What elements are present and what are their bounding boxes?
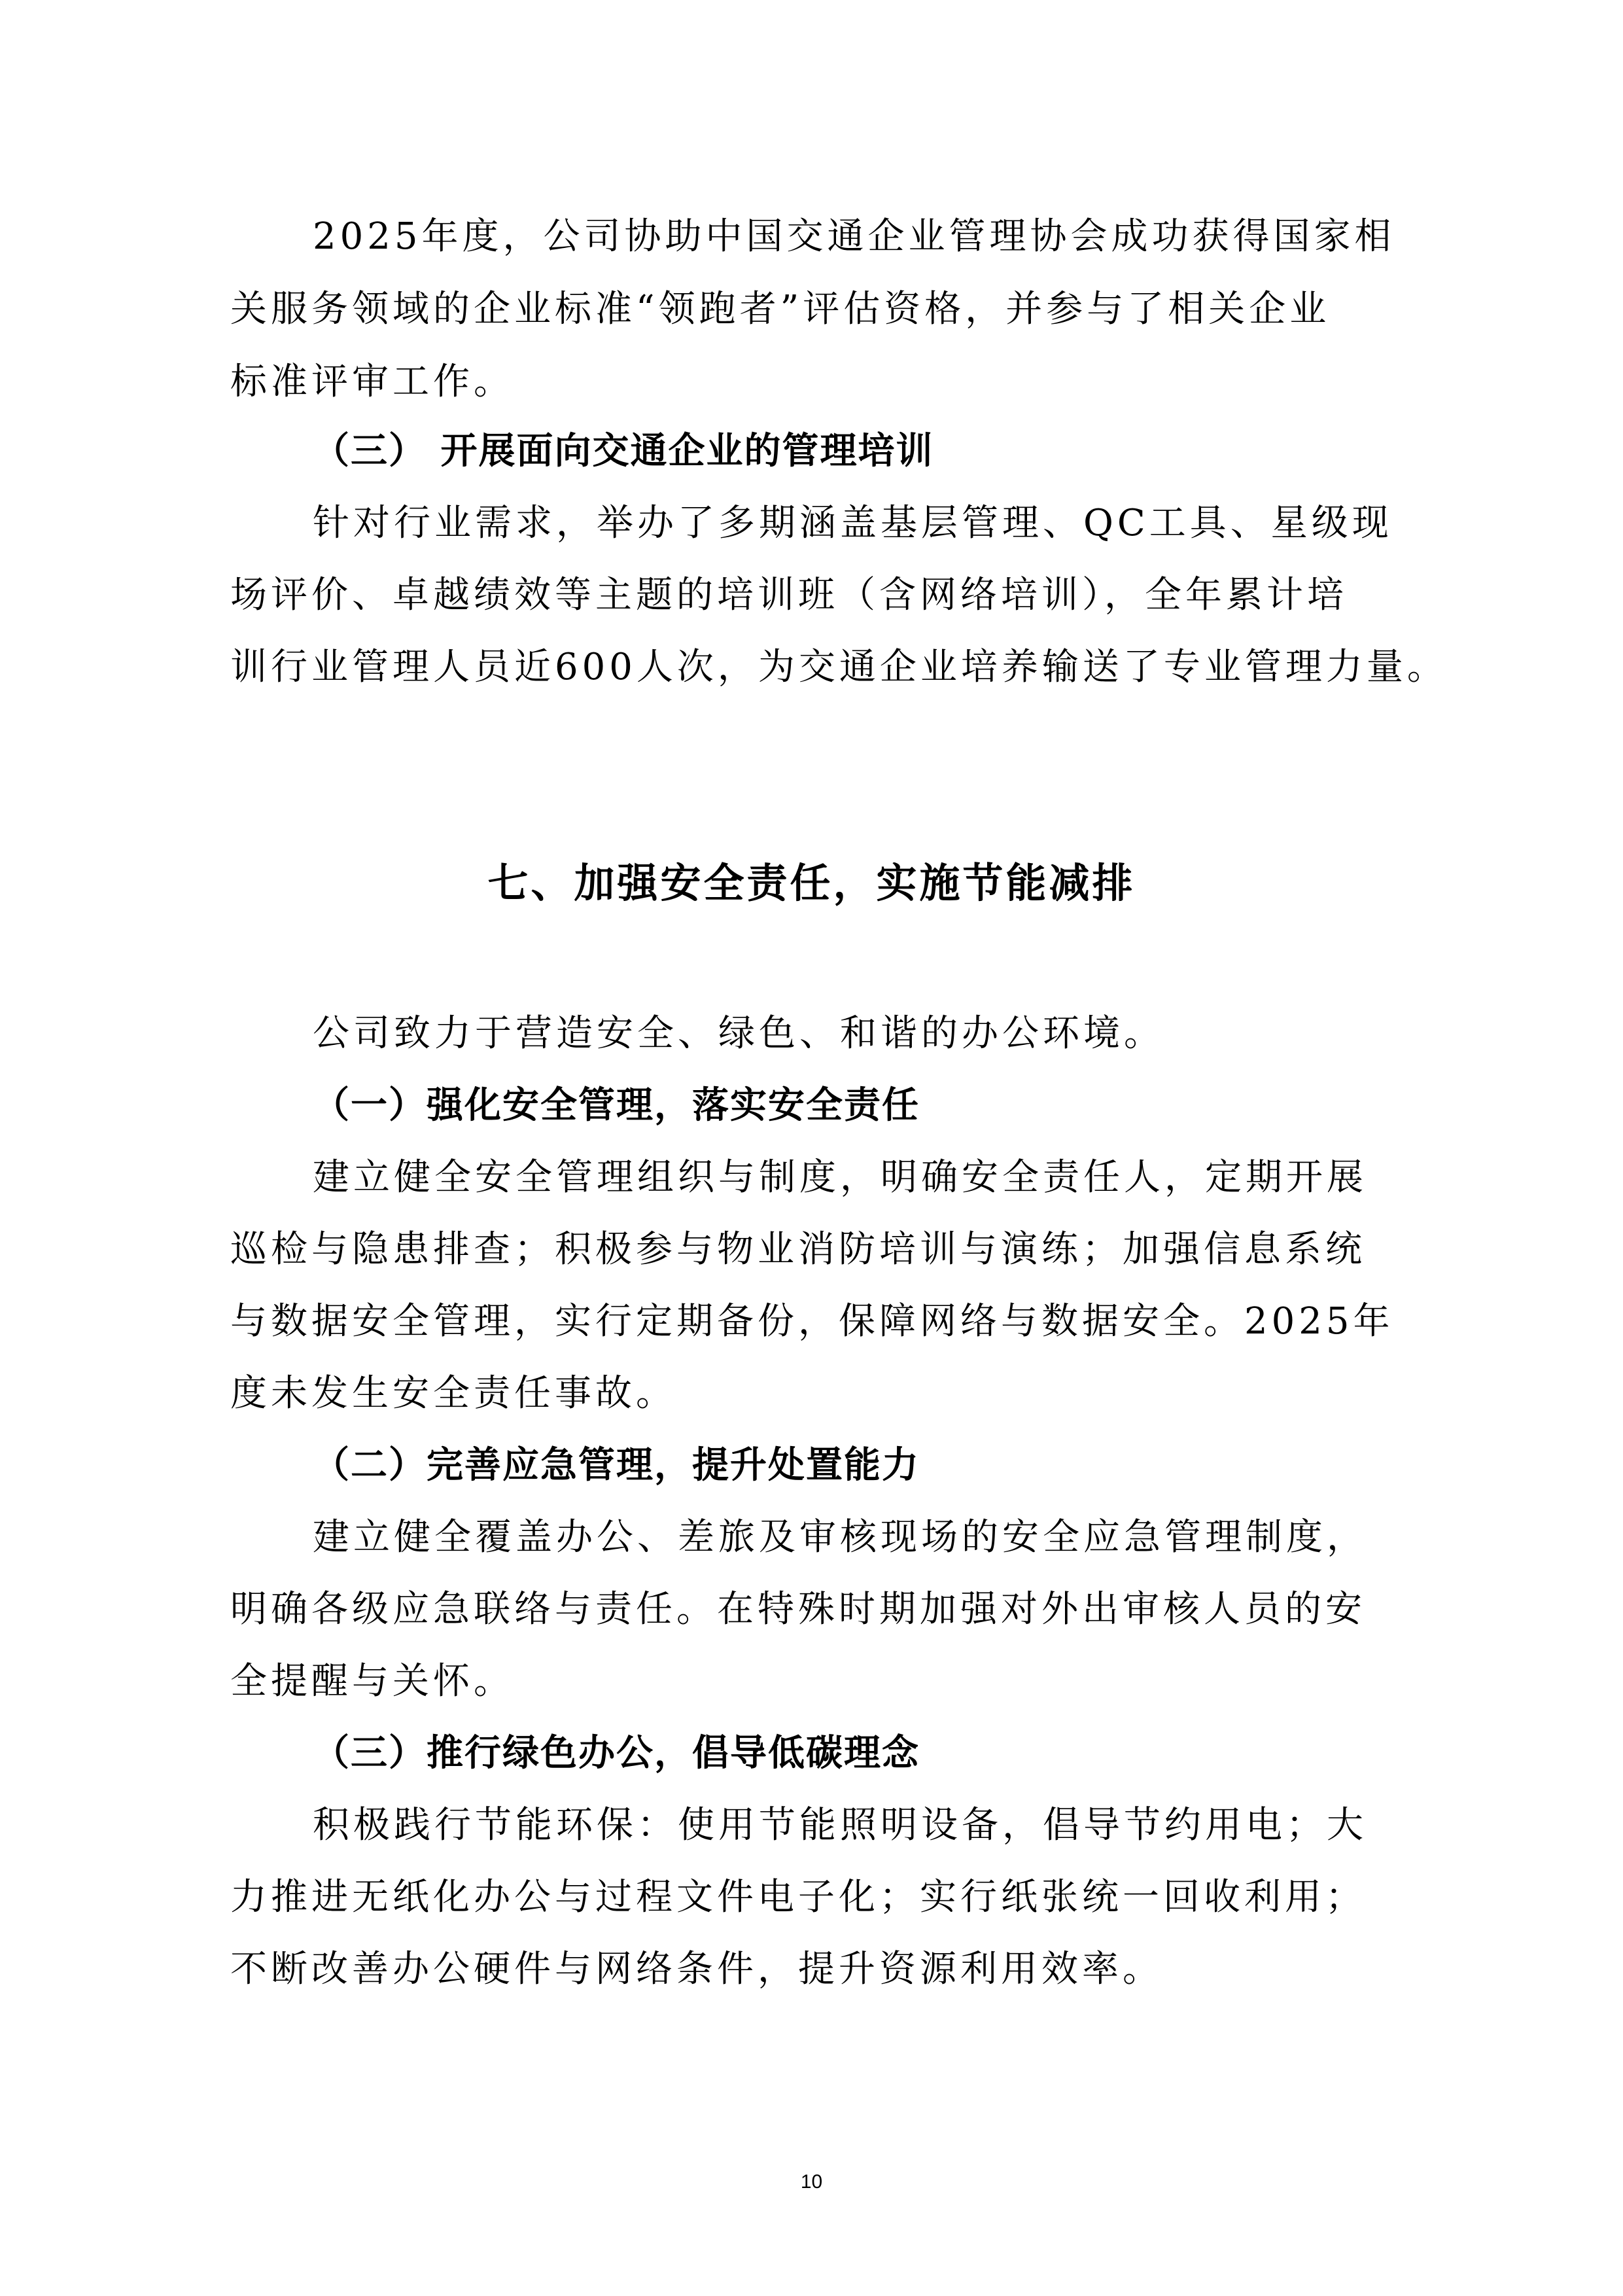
paragraph-line: 针对行业需求，举办了多期涵盖基层管理、QC工具、星级现	[313, 504, 1490, 543]
paragraph-line: 关服务领域的企业标准“领跑者”评估资格，并参与了相关企业	[230, 290, 1408, 329]
paragraph-line: 巡检与隐患排查；积极参与物业消防培训与演练；加强信息系统	[230, 1230, 1408, 1269]
subsection-heading: （一）强化安全管理，落实安全责任	[313, 1086, 1490, 1125]
paragraph-line: 力推进无纸化办公与过程文件电子化；实行纸张统一回收利用；	[230, 1878, 1408, 1917]
subsection-heading: （三）推行绿色办公，倡导低碳理念	[313, 1734, 1490, 1773]
paragraph-line: 建立健全覆盖办公、差旅及审核现场的安全应急管理制度，	[313, 1518, 1490, 1557]
paragraph-line: 全提醒与关怀。	[230, 1662, 1408, 1701]
paragraph-line: 积极践行节能环保：使用节能照明设备，倡导节约用电；大	[313, 1806, 1490, 1845]
paragraph-line: 训行业管理人员近600人次，为交通企业培养输送了专业管理力量。	[230, 648, 1408, 687]
intro-paragraph: 公司致力于营造安全、绿色、和谐的办公环境。	[313, 1014, 1490, 1053]
paragraph-line: 标准评审工作。	[230, 362, 1408, 402]
paragraph-line: 2025年度，公司协助中国交通企业管理协会成功获得国家相	[313, 217, 1490, 256]
paragraph-line: 场评价、卓越绩效等主题的培训班（含网络培训），全年累计培	[230, 576, 1408, 615]
paragraph-line: 与数据安全管理，实行定期备份，保障网络与数据安全。2025年	[230, 1302, 1408, 1341]
section-title: 七、加强安全责任，实施节能减排	[0, 851, 1623, 909]
subsection-heading: （三） 开展面向交通企业的管理培训	[313, 432, 1490, 471]
subsection-heading: （二）完善应急管理，提升处置能力	[313, 1446, 1490, 1485]
paragraph-line: 明确各级应急联络与责任。在特殊时期加强对外出审核人员的安	[230, 1590, 1408, 1629]
paragraph-line: 不断改善办公硬件与网络条件，提升资源利用效率。	[230, 1950, 1408, 1989]
paragraph-line: 建立健全安全管理组织与制度，明确安全责任人，定期开展	[313, 1158, 1490, 1197]
paragraph-line: 度未发生安全责任事故。	[230, 1374, 1408, 1413]
document-page: 2025年度，公司协助中国交通企业管理协会成功获得国家相 关服务领域的企业标准“…	[0, 0, 1623, 2296]
page-number: 10	[0, 2171, 1623, 2193]
